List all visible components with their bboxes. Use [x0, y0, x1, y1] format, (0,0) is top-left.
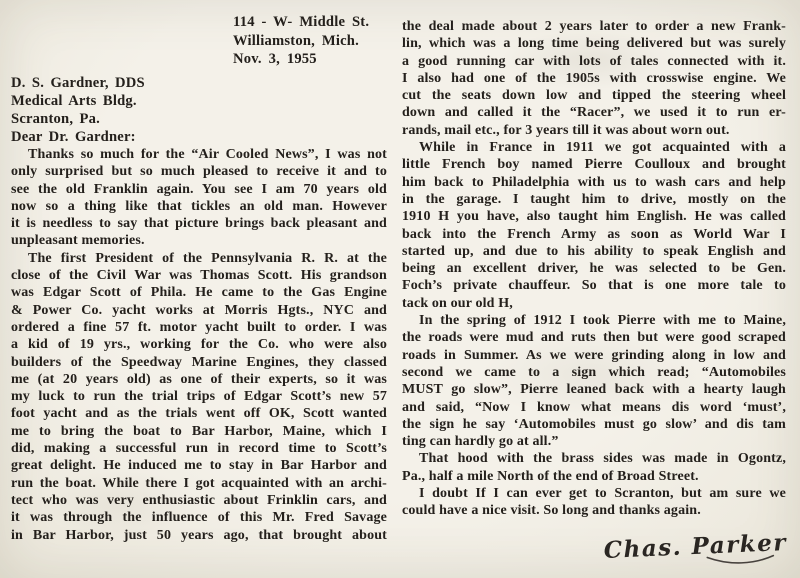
text-line: started up, and due to his ability to sp… [402, 243, 786, 260]
text-line: me (at 20 years old) as one of their exp… [11, 371, 387, 388]
paragraph: That hood with the brass sides was made … [402, 450, 786, 485]
text-line: MUST go slow”, Pierre leaned back with a… [402, 381, 786, 398]
text-line: the roads were mud and ruts then but wer… [402, 329, 786, 346]
text-line: ordered a fine 57 ft. motor yacht built … [11, 319, 387, 336]
text-line: D. S. Gardner, DDS [11, 75, 145, 93]
text-line: & Power Co. yacht works at Morris Hgts.,… [11, 302, 387, 319]
paragraph: I doubt If I can ever get to Scranton, b… [402, 485, 786, 520]
text-line: a kid of 19 yrs., working for the Co. wh… [11, 336, 387, 353]
text-line: tect who was very enthusiastic about Fri… [11, 492, 387, 509]
text-line: 114 - W- Middle St. [233, 13, 369, 32]
text-line: me to bring the boat to Bar Harbor, Main… [11, 423, 387, 440]
text-line: in Bar Harbor, just 50 years ago, that b… [11, 527, 387, 544]
text-line: did, making a successful run in record t… [11, 440, 387, 457]
text-line: in the garage. I taught him to drive, mo… [402, 191, 786, 208]
text-line: While in France in 1911 we got acquainte… [402, 139, 786, 156]
text-line: it is needless to say that picture bring… [11, 215, 387, 232]
text-line: Scranton, Pa. [11, 111, 145, 129]
text-line: second we came to a sign which read; “Au… [402, 364, 786, 381]
text-line: I also had one of the 1905s with crosswi… [402, 70, 786, 87]
text-line: Williamston, Mich. [233, 32, 369, 51]
text-line: see the old Franklin again. You see I am… [11, 181, 387, 198]
paragraph: the deal made about 2 years later to ord… [402, 18, 786, 139]
text-line: down and called it the “Racer”, we used … [402, 104, 786, 121]
text-line: Thanks so much for the “Air Cooled News”… [11, 146, 387, 163]
text-line: roads in Summer. As we were grinding alo… [402, 347, 786, 364]
text-line: I doubt If I can ever get to Scranton, b… [402, 485, 786, 502]
text-line: builders of the Speedway Marine Engines,… [11, 354, 387, 371]
recipient-block: D. S. Gardner, DDSMedical Arts Bldg.Scra… [11, 75, 145, 147]
text-line: unpleasant memories. [11, 232, 387, 249]
paragraph: While in France in 1911 we got acquainte… [402, 139, 786, 312]
text-line: Nov. 3, 1955 [233, 50, 369, 69]
text-line: ting can hardly go at all.” [402, 433, 786, 450]
text-line: my luck to run the trial trips of Edgar … [11, 388, 387, 405]
text-line: 1910 H you have, also taught him English… [402, 208, 786, 225]
text-line: cut the seats down low and tipped the st… [402, 87, 786, 104]
text-line: and said, “Now I know what means dis wor… [402, 399, 786, 416]
signature: Chas. Parker [597, 529, 793, 572]
text-line: The first President of the Pennsylvania … [11, 250, 387, 267]
paragraph: The first President of the Pennsylvania … [11, 250, 387, 544]
text-line: close of the Civil War was Thomas Scott.… [11, 267, 387, 284]
salutation: Dear Dr. Gardner: [11, 129, 145, 147]
text-line: lin, which was a long time being deliver… [402, 35, 786, 52]
text-line: the deal made about 2 years later to ord… [402, 18, 786, 35]
letter-right-column: the deal made about 2 years later to ord… [402, 18, 786, 520]
scanned-letter: { "colors": { "paper": "#f1eee5", "ink":… [0, 0, 800, 578]
paragraph: Thanks so much for the “Air Cooled News”… [11, 146, 387, 250]
text-line: now so a thing like that tickles an old … [11, 198, 387, 215]
text-line: it was through the influence of this Mr.… [11, 509, 387, 526]
paragraph: In the spring of 1912 I took Pierre with… [402, 312, 786, 450]
text-line: him back to Philadelphia with us to wash… [402, 174, 786, 191]
text-line: back into the French Army as soon as Wor… [402, 226, 786, 243]
text-line: could have a nice visit. So long and tha… [402, 502, 786, 519]
text-line: rands, mail etc., for 3 years till it wa… [402, 122, 786, 139]
sender-address-block: 114 - W- Middle St.Williamston, Mich.Nov… [233, 13, 369, 69]
text-line: only surprised but so much pleased to re… [11, 163, 387, 180]
text-line: That hood with the brass sides was made … [402, 450, 786, 467]
text-line: In the spring of 1912 I took Pierre with… [402, 312, 786, 329]
text-line: a good running car with lots of tales co… [402, 53, 786, 70]
text-line: being an excellent driver, he was select… [402, 260, 786, 277]
text-line: great delight. He induced me to stay in … [11, 457, 387, 474]
text-line: was Edgar Scott of Phila. He came to the… [11, 284, 387, 301]
text-line: Medical Arts Bldg. [11, 93, 145, 111]
text-line: Foch’s private chauffeur. So that is one… [402, 277, 786, 294]
recipient-address: D. S. Gardner, DDSMedical Arts Bldg.Scra… [11, 75, 145, 129]
text-line: Pa., half a mile North of the end of Bro… [402, 468, 786, 485]
text-line: the sign he say ‘Automobiles must go slo… [402, 416, 786, 433]
text-line: run the boat. While there I got acquaint… [11, 475, 387, 492]
text-line: little French boy named Pierre Coulloux … [402, 156, 786, 173]
text-line: foot yacht and as the trials went off OK… [11, 405, 387, 422]
text-line: tack on our old H, [402, 295, 786, 312]
letter-left-column: Thanks so much for the “Air Cooled News”… [11, 146, 387, 544]
